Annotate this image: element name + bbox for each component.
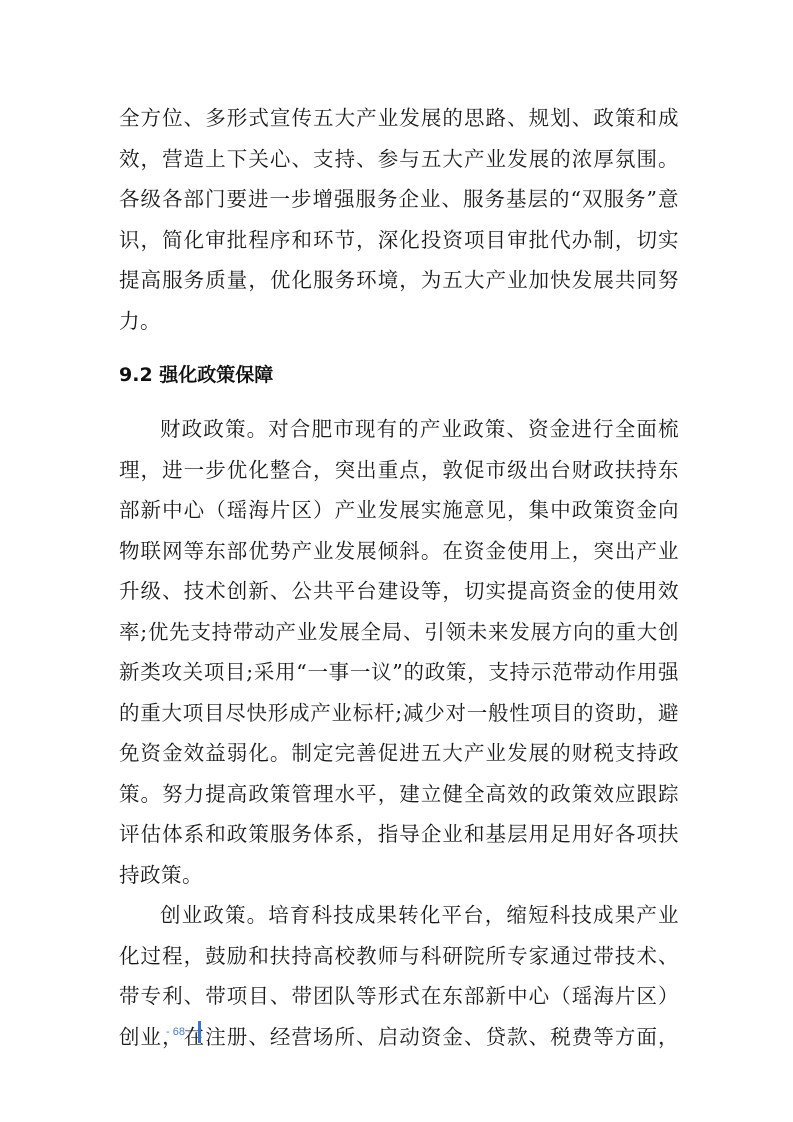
- text-line: 策。努力提高政策管理水平，建立健全高效的政策效应跟踪: [119, 774, 679, 815]
- text-line: 力。: [119, 301, 679, 342]
- text-line: 提高服务质量，优化服务环境，为五大产业加快发展共同努: [119, 260, 679, 301]
- text-line: 新类攻关项目;采用“一事一议”的政策，支持示范带动作用强: [119, 652, 679, 693]
- text-line: 率;优先支持带动产业发展全局、引领未来发展方向的重大创: [119, 612, 679, 653]
- text-line: 理，进一步优化整合，突出重点，敦促市级出台财政扶持东: [119, 450, 679, 491]
- text-line: 财政政策。对合肥市现有的产业政策、资金进行全面梳: [119, 409, 679, 450]
- document-page: 全方位、多形式宣传五大产业发展的思路、规划、政策和成 效，营造上下关心、支持、参…: [0, 0, 793, 1122]
- text-line: 物联网等东部优势产业发展倾斜。在资金使用上，突出产业: [119, 531, 679, 572]
- text-line: 创业，在注册、经营场所、启动资金、贷款、税费等方面，: [119, 1017, 679, 1058]
- entrepreneurship-policy-paragraph: 创业政策。培育科技成果转化平台，缩短科技成果产业 化过程，鼓励和扶持高校教师与科…: [119, 895, 679, 1057]
- text-line: 识，简化审批程序和环节，深化投资项目审批代办制，切实: [119, 220, 679, 261]
- page-content: 全方位、多形式宣传五大产业发展的思路、规划、政策和成 效，营造上下关心、支持、参…: [119, 98, 679, 1057]
- text-line: 化过程，鼓励和扶持高校教师与科研院所专家通过带技术、: [119, 936, 679, 977]
- text-line: 部新中心（瑶海片区）产业发展实施意见，集中政策资金向: [119, 490, 679, 531]
- text-line: 评估体系和政策服务体系，指导企业和基层用足用好各项扶: [119, 814, 679, 855]
- text-line: 带专利、带项目、带团队等形式在东部新中心（瑶海片区）: [119, 976, 679, 1017]
- text-line: 升级、技术创新、公共平台建设等，切实提高资金的使用效: [119, 571, 679, 612]
- footer-accent-bar: [198, 1021, 201, 1043]
- text-line: 效，营造上下关心、支持、参与五大产业发展的浓厚氛围。: [119, 139, 679, 180]
- section-heading: 9.2 强化政策保障: [119, 355, 679, 395]
- text-line: 各级各部门要进一步增强服务企业、服务基层的“双服务”意: [119, 179, 679, 220]
- text-line: 免资金效益弱化。制定完善促进五大产业发展的财税支持政: [119, 733, 679, 774]
- text-line: 持政策。: [119, 855, 679, 896]
- fiscal-policy-paragraph: 财政政策。对合肥市现有的产业政策、资金进行全面梳 理，进一步优化整合，突出重点，…: [119, 409, 679, 895]
- text-line: 的重大项目尽快形成产业标杆;减少对一般性项目的资助，避: [119, 693, 679, 734]
- continuation-paragraph: 全方位、多形式宣传五大产业发展的思路、规划、政策和成 效，营造上下关心、支持、参…: [119, 98, 679, 341]
- page-number: - 68 -: [166, 1026, 192, 1038]
- text-line: 创业政策。培育科技成果转化平台，缩短科技成果产业: [119, 895, 679, 936]
- page-footer: - 68 -: [166, 1018, 201, 1046]
- text-line: 全方位、多形式宣传五大产业发展的思路、规划、政策和成: [119, 98, 679, 139]
